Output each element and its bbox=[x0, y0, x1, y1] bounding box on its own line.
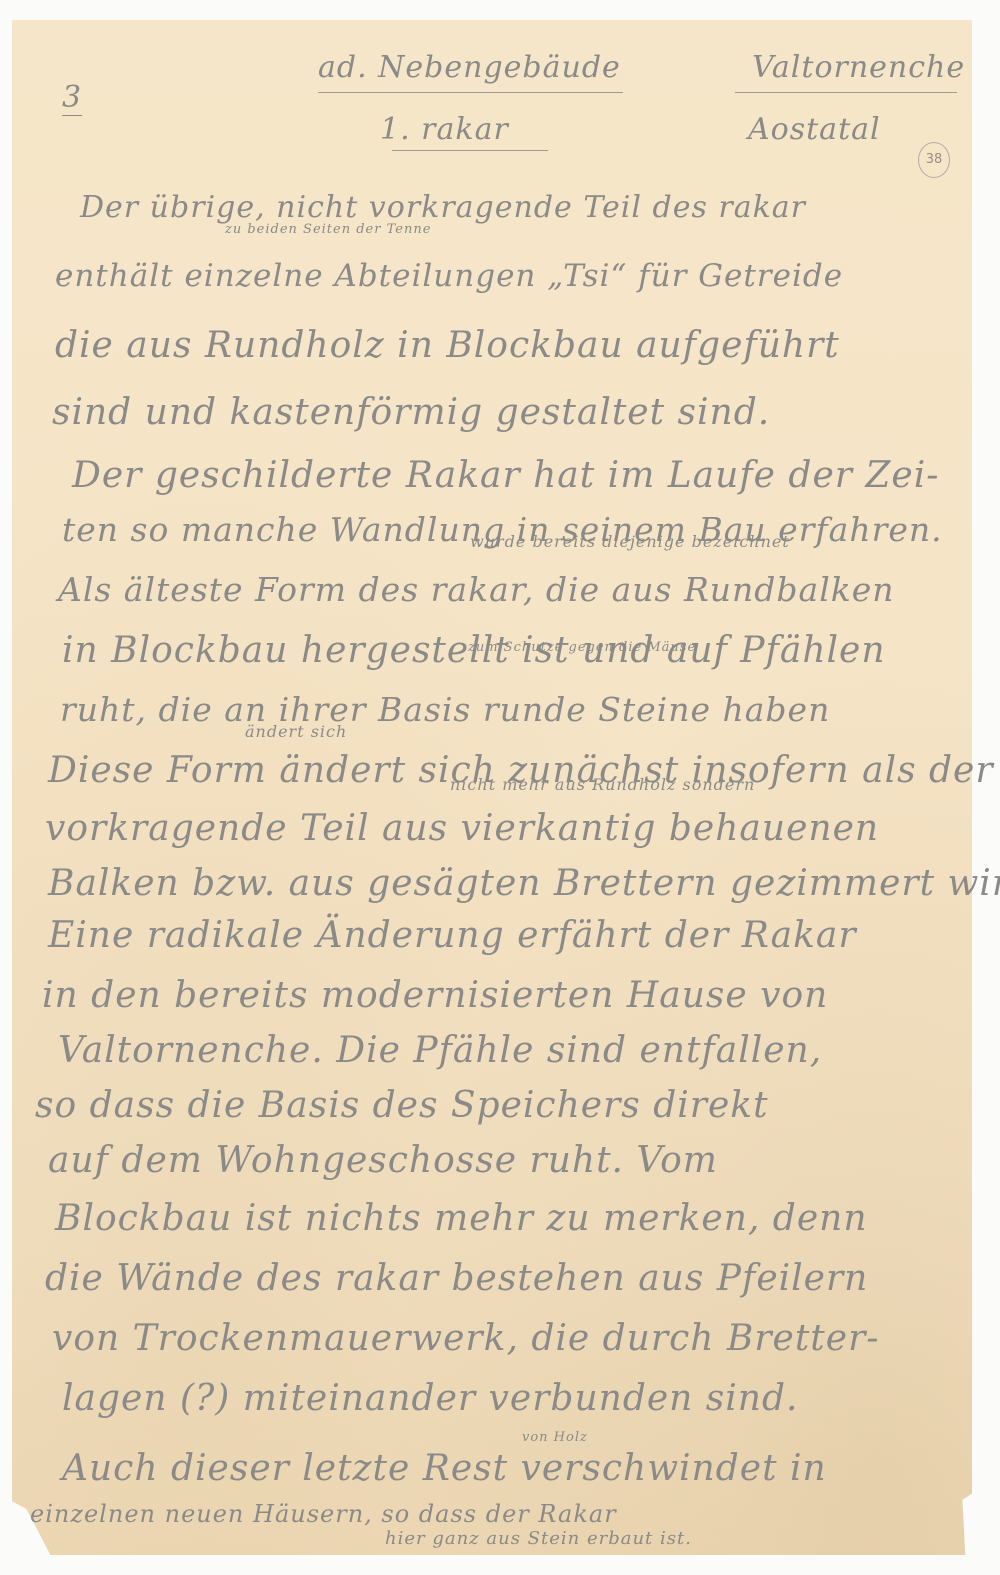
interlinear-note: von Holz bbox=[522, 1430, 588, 1445]
scanned-page: 3 ad. Nebengebäude 1. rakar Valtornenche… bbox=[0, 0, 1000, 1575]
manuscript-line: so dass die Basis des Speichers direkt bbox=[35, 1085, 769, 1126]
manuscript-line: ruht, die an ihrer Basis runde Steine ha… bbox=[60, 690, 830, 729]
manuscript-line: Blockbau ist nichts mehr zu merken, denn bbox=[55, 1198, 868, 1239]
header-subtitle: 1. rakar bbox=[380, 112, 509, 147]
header-title-underline bbox=[318, 92, 623, 93]
manuscript-line: die Wände des rakar bestehen aus Pfeiler… bbox=[45, 1258, 868, 1299]
interlinear-note: nicht mehr aus Rundholz sondern bbox=[450, 775, 755, 794]
manuscript-line: enthält einzelne Abteilungen „Tsi“ für G… bbox=[55, 258, 843, 294]
manuscript-line: Der geschilderte Rakar hat im Laufe der … bbox=[72, 455, 939, 496]
header-place: Valtornenche bbox=[752, 50, 965, 85]
manuscript-line: Der übrige, nicht vorkragende Teil des r… bbox=[80, 190, 806, 225]
manuscript-line: lagen (?) miteinander verbunden sind. bbox=[62, 1378, 798, 1419]
manuscript-line: die aus Rundholz in Blockbau aufgeführt bbox=[55, 325, 840, 366]
header-place-underline bbox=[735, 92, 957, 93]
header-title: ad. Nebengebäude bbox=[318, 50, 621, 85]
manuscript-line: vorkragende Teil aus vierkantig behauene… bbox=[45, 808, 879, 849]
manuscript-line: Als älteste Form des rakar, die aus Rund… bbox=[58, 570, 895, 609]
interlinear-note: zum Schutze gegen die Mäuse bbox=[468, 640, 696, 655]
header-region: Aostatal bbox=[748, 112, 881, 147]
header-subtitle-underline bbox=[392, 150, 548, 151]
manuscript-line: sind und kastenförmig gestaltet sind. bbox=[52, 392, 770, 433]
manuscript-line: Auch dieser letzte Rest verschwindet in bbox=[62, 1448, 827, 1489]
manuscript-line: Balken bzw. aus gesägten Brettern gezimm… bbox=[48, 863, 1000, 904]
interlinear-note: wurde bereits diejenige bezeichnet bbox=[470, 532, 790, 551]
manuscript-line: in den bereits modernisierten Hause von bbox=[42, 975, 828, 1016]
manuscript-line: von Trockenmauerwerk, die durch Bretter- bbox=[52, 1318, 879, 1359]
manuscript-line: hier ganz aus Stein erbaut ist. bbox=[385, 1528, 692, 1549]
manuscript-line: Valtornenche. Die Pfähle sind entfallen, bbox=[58, 1030, 822, 1071]
manuscript-line: einzelnen neuen Häusern, so dass der Rak… bbox=[30, 1500, 617, 1528]
archive-number-stamp: 38 bbox=[918, 142, 950, 178]
page-number: 3 bbox=[62, 80, 82, 115]
manuscript-line: Eine radikale Änderung erfährt der Rakar bbox=[48, 915, 857, 956]
interlinear-note: ändert sich bbox=[245, 722, 347, 741]
manuscript-line: auf dem Wohngeschosse ruht. Vom bbox=[48, 1140, 718, 1181]
